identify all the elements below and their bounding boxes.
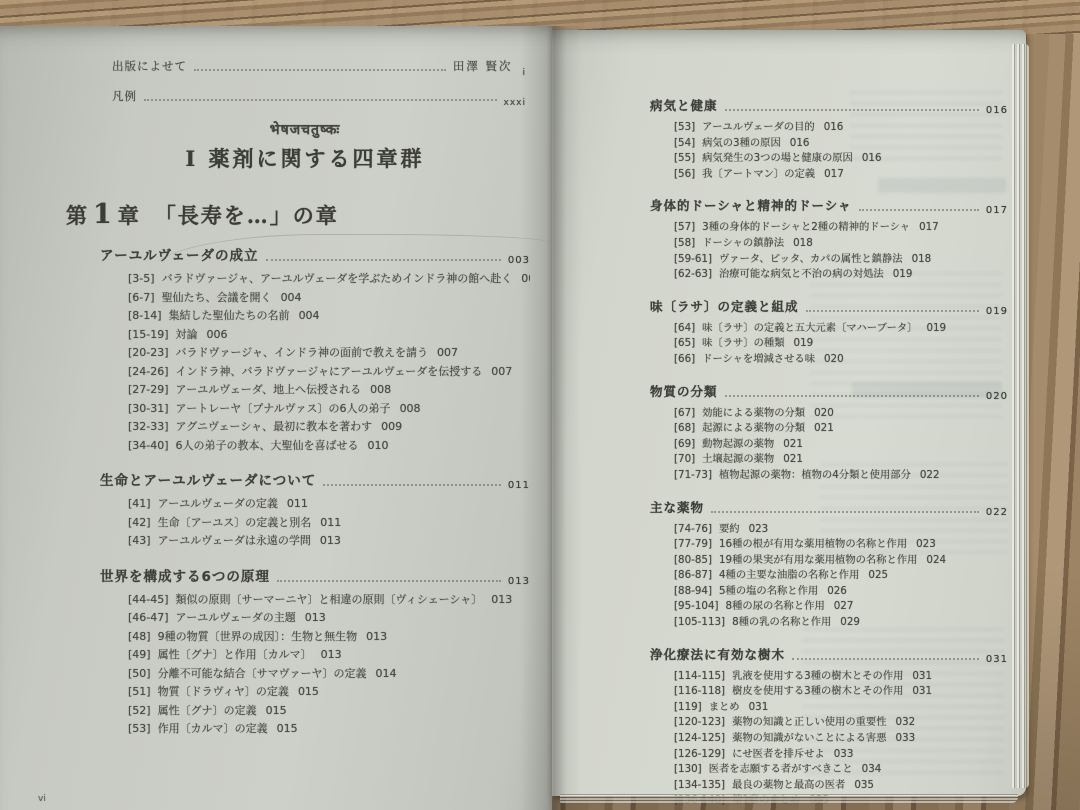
item-title: アーユルヴェーダの主題 — [176, 611, 296, 624]
item-page-number: 013 — [366, 630, 387, 643]
section-page-number: 019 — [986, 306, 1008, 317]
dotted-leader — [711, 510, 979, 513]
chapter-number: 1 — [89, 199, 118, 230]
section-items: [74-76]要約023[77-79]16種の根が有用な薬用植物の名称と作用02… — [674, 522, 1008, 631]
item-title: インドラ神、バラドヴァージャにアーユルヴェーダを伝授する — [176, 365, 483, 378]
toc-item: [56]我〔アートマン〕の定義017 — [674, 167, 1008, 183]
item-title: 作用〔カルマ〕の定義 — [158, 722, 268, 735]
verse-range: [42] — [128, 516, 151, 529]
item-title: 味〔ラサ〕の定義と五大元素〔マハーブータ〕 — [702, 322, 917, 334]
section-page-number: 013 — [508, 576, 530, 587]
verse-range: [134-135] — [674, 779, 725, 791]
section-heading: 病気と健康016 — [650, 96, 1008, 114]
toc-section: 物質の分類020[67]効能による薬物の分類020[68]起源による薬物の分類0… — [650, 382, 1008, 484]
toc-item: [27-29]アーユルヴェーダ、地上へ伝授される008 — [128, 381, 530, 400]
item-page-number: 031 — [912, 685, 932, 697]
dotted-leader — [725, 108, 979, 111]
toc-item: [116-118]樹皮を使用する3種の樹木とその作用031 — [674, 684, 1008, 700]
verse-range: [126-129] — [674, 748, 725, 760]
item-title: 3種の身体的ドーシャと2種の精神的ドーシャ — [702, 221, 910, 233]
item-page-number: 011 — [320, 516, 341, 529]
notes-page-number: xxxi — [504, 98, 526, 108]
section-items: [3-5]バラドヴァージャ、アーユルヴェーダを学ぶためインドラ神の館へ赴く003… — [128, 270, 530, 455]
item-page-number: 016 — [862, 152, 882, 164]
item-title: ヴァータ、ピッタ、カパの属性と鎮静法 — [719, 253, 903, 265]
item-title: 物質〔ドラヴィヤ〕の定義 — [158, 685, 289, 698]
toc-section: 世界を構成する6つの原理013[44-45]類似の原則〔サーマーニヤ〕と相違の原… — [100, 565, 530, 739]
right-toc-sections: 病気と健康016[53]アーユルヴェーダの目的016[54]病気の3種の原因01… — [650, 30, 1008, 809]
verse-range: [136-140] — [674, 794, 725, 806]
verse-range: [20-23] — [128, 346, 169, 359]
verse-range: [3-5] — [128, 272, 155, 285]
toc-item: [32-33]アグニヴェーシャ、最初に教本を著わす009 — [128, 418, 530, 437]
item-page-number: 034 — [862, 763, 882, 775]
section-page-number: 022 — [986, 507, 1008, 518]
toc-item: [24-26]インドラ神、バラドヴァージャにアーユルヴェーダを伝授する007 — [128, 363, 530, 382]
item-title: 医者を志願する者がすべきこと — [709, 763, 853, 775]
toc-item: [15-19]対論006 — [128, 326, 530, 345]
verse-range: [68] — [674, 422, 695, 434]
chapter-heading: 第1章「長寿を…」の章 — [66, 199, 552, 230]
item-page-number: 014 — [375, 667, 396, 680]
verse-range: [49] — [128, 648, 151, 661]
part-title: Ⅰ 薬剤に関する四章群 — [85, 143, 525, 173]
item-page-number: 015 — [298, 685, 319, 698]
dotted-leader — [792, 657, 979, 660]
item-page-number: 019 — [893, 268, 913, 280]
verse-range: [65] — [674, 337, 695, 349]
section-title: 生命とアーユルヴェーダについて — [100, 469, 316, 489]
chapter-title: 「長寿を…」の章 — [155, 203, 339, 228]
dotted-leader — [277, 579, 501, 582]
item-title: アーユルヴェーダは永遠の学問 — [158, 534, 311, 547]
toc-item: [66]ドーシャを増減させる味020 — [674, 352, 1008, 368]
toc-item: [44-45]類似の原則〔サーマーニヤ〕と相違の原則〔ヴィシェーシャ〕013 — [128, 591, 530, 610]
item-title: アーユルヴェーダ、地上へ伝授される — [176, 383, 362, 396]
item-page-number: 021 — [783, 438, 803, 450]
verse-range: [57] — [674, 221, 695, 233]
item-page-number: 010 — [368, 439, 389, 452]
toc-item: [105-113]8種の乳の名称と作用029 — [674, 615, 1008, 631]
toc-section: 浄化療法に有効な樹木031[114-115]乳液を使用する3種の樹木とその作用0… — [650, 645, 1008, 809]
item-title: 治療可能な病気と不治の病の対処法 — [719, 268, 884, 280]
toc-item: [42]生命〔アーユス〕の定義と別名011 — [128, 514, 530, 533]
item-title: 5種の塩の名称と作用 — [719, 585, 818, 597]
right-page: 病気と健康016[53]アーユルヴェーダの目的016[54]病気の3種の原因01… — [552, 30, 1026, 796]
verse-range: [77-79] — [674, 538, 712, 550]
verse-range: [95-104] — [674, 600, 719, 612]
toc-item: [57]3種の身体的ドーシャと2種の精神的ドーシャ017 — [674, 220, 1008, 236]
item-title: 19種の果実が有用な薬用植物の名称と作用 — [719, 554, 917, 566]
verse-range: [88-94] — [674, 585, 712, 597]
item-title: アーユルヴェーダの定義 — [158, 497, 278, 510]
item-page-number: 008 — [370, 383, 391, 396]
section-heading: 物質の分類020 — [650, 382, 1008, 400]
item-title: 6人の弟子の教本、大聖仙を喜ばせる — [176, 439, 359, 452]
section-page-number: 011 — [508, 480, 530, 491]
toc-item: [120-123]薬物の知識と正しい使用の重要性032 — [674, 715, 1008, 731]
verse-range: [67] — [674, 407, 695, 419]
section-heading: 主な薬物022 — [650, 498, 1008, 516]
item-title: 動物起源の薬物 — [702, 438, 774, 450]
verse-range: [130] — [674, 763, 702, 775]
item-page-number: 029 — [840, 616, 860, 628]
item-page-number: 025 — [868, 569, 888, 581]
toc-item: [124-125]薬物の知識がないことによる害悪033 — [674, 731, 1008, 747]
verse-range: [52] — [128, 704, 151, 717]
item-title: 病気の3種の原因 — [702, 137, 781, 149]
section-items: [67]効能による薬物の分類020[68]起源による薬物の分類021[69]動物… — [674, 406, 1008, 484]
toc-item: [119]まとめ031 — [674, 700, 1008, 716]
item-page-number: 035 — [809, 794, 829, 806]
item-title: バラドヴァージャ、インドラ神の面前で教えを請う — [176, 346, 428, 359]
verse-range: [71-73] — [674, 469, 712, 481]
item-title: 病気発生の3つの場と健康の原因 — [702, 152, 853, 164]
item-page-number: 031 — [749, 701, 769, 713]
toc-item: [126-129]にせ医者を排斥せよ033 — [674, 747, 1008, 763]
item-page-number: 015 — [277, 722, 298, 735]
verse-range: [44-45] — [128, 593, 169, 606]
verse-range: [58] — [674, 237, 695, 249]
verse-range: [69] — [674, 438, 695, 450]
item-page-number: 016 — [790, 137, 810, 149]
notes-label: 凡例 — [112, 88, 137, 104]
toc-item: [53]作用〔カルマ〕の定義015 — [128, 720, 530, 739]
left-page-corner-number: vi — [38, 794, 46, 804]
verse-range: [51] — [128, 685, 151, 698]
verse-range: [62-63] — [674, 268, 712, 280]
verse-range: [24-26] — [128, 365, 169, 378]
item-page-number: 009 — [381, 420, 402, 433]
item-title: 効能による薬物の分類 — [702, 407, 805, 419]
verse-range: [30-31] — [128, 402, 169, 415]
item-title: アートレーヤ〔プナルヴァス〕の6人の弟子 — [176, 402, 391, 415]
toc-item: [6-7]聖仙たち、会議を開く004 — [128, 289, 530, 308]
toc-item: [3-5]バラドヴァージャ、アーユルヴェーダを学ぶためインドラ神の館へ赴く003 — [128, 270, 530, 289]
item-title: にせ医者を排斥せよ — [732, 748, 825, 760]
item-page-number: 008 — [400, 402, 421, 415]
item-page-number: 021 — [814, 422, 834, 434]
toc-item: [69]動物起源の薬物021 — [674, 437, 1008, 453]
item-title: 16種の根が有用な薬用植物の名称と作用 — [719, 538, 907, 550]
item-title: 対論 — [176, 328, 198, 341]
item-title: 属性〔グナ〕と作用〔カルマ〕 — [158, 648, 312, 661]
item-title: 類似の原則〔サーマーニヤ〕と相違の原則〔ヴィシェーシャ〕 — [176, 593, 483, 606]
item-title: アグニヴェーシャ、最初に教本を著わす — [176, 420, 373, 433]
item-page-number: 017 — [919, 221, 939, 233]
toc-item: [86-87]4種の主要な油脂の名称と作用025 — [674, 568, 1008, 584]
item-page-number: 016 — [824, 121, 844, 133]
toc-item: [48]9種の物質〔世界の成因〕：生物と無生物013 — [128, 628, 530, 647]
chapter-suffix: 章 — [118, 203, 141, 228]
toc-item: [46-47]アーユルヴェーダの主題013 — [128, 609, 530, 628]
verse-range: [86-87] — [674, 569, 712, 581]
verse-range: [53] — [128, 722, 151, 735]
toc-item: [88-94]5種の塩の名称と作用026 — [674, 584, 1008, 600]
item-page-number: 020 — [814, 407, 834, 419]
section-page-number: 016 — [986, 105, 1008, 116]
front-matter-row-notes: 凡例 xxxi — [112, 88, 526, 104]
item-page-number: 013 — [320, 534, 341, 547]
section-title: 物質の分類 — [650, 382, 718, 400]
verse-range: [120-123] — [674, 716, 725, 728]
verse-range: [80-85] — [674, 554, 712, 566]
toc-item: [70]土壌起源の薬物021 — [674, 452, 1008, 468]
item-page-number: 035 — [854, 779, 874, 791]
section-title: 世界を構成する6つの原理 — [100, 565, 270, 585]
toc-item: [130]医者を志願する者がすべきこと034 — [674, 762, 1008, 778]
item-page-number: 026 — [827, 585, 847, 597]
toc-item: [136-140]第1章のまとめ035 — [674, 793, 1008, 809]
item-page-number: 017 — [824, 168, 844, 180]
item-page-number: 006 — [207, 328, 228, 341]
item-page-number: 023 — [916, 538, 936, 550]
verse-range: [105-113] — [674, 616, 725, 628]
verse-range: [56] — [674, 168, 695, 180]
item-page-number: 007 — [437, 346, 458, 359]
verse-range: [55] — [674, 152, 695, 164]
item-title: 集結した聖仙たちの名前 — [169, 309, 290, 322]
section-title: 病気と健康 — [650, 96, 718, 114]
verse-range: [64] — [674, 322, 695, 334]
toc-item: [68]起源による薬物の分類021 — [674, 421, 1008, 437]
section-items: [44-45]類似の原則〔サーマーニヤ〕と相違の原則〔ヴィシェーシャ〕013[4… — [128, 591, 530, 739]
item-title: 第1章のまとめ — [732, 794, 800, 806]
dotted-leader — [859, 208, 979, 211]
item-title: 4種の主要な油脂の名称と作用 — [719, 569, 859, 581]
dotted-leader — [806, 309, 979, 312]
verse-range: [34-40] — [128, 439, 169, 452]
section-heading: 身体的ドーシャと精神的ドーシャ017 — [650, 196, 1008, 214]
toc-section: 病気と健康016[53]アーユルヴェーダの目的016[54]病気の3種の原因01… — [650, 96, 1008, 182]
toc-item: [62-63]治療可能な病気と不治の病の対処法019 — [674, 267, 1008, 283]
verse-range: [8-14] — [128, 309, 162, 322]
section-page-number: 003 — [508, 255, 530, 266]
item-title: ドーシャを増減させる味 — [702, 353, 815, 365]
verse-range: [124-125] — [674, 732, 725, 744]
toc-item: [53]アーユルヴェーダの目的016 — [674, 120, 1008, 136]
toc-section: アーユルヴェーダの成立003[3-5]バラドヴァージャ、アーユルヴェーダを学ぶた… — [100, 244, 530, 455]
toc-item: [49]属性〔グナ〕と作用〔カルマ〕013 — [128, 646, 530, 665]
verse-range: [43] — [128, 534, 151, 547]
toc-item: [74-76]要約023 — [674, 522, 1008, 538]
item-page-number: 027 — [834, 600, 854, 612]
item-page-number: 013 — [305, 611, 326, 624]
item-title: 生命〔アーユス〕の定義と別名 — [158, 516, 312, 529]
item-page-number: 007 — [491, 365, 512, 378]
item-page-number: 022 — [920, 469, 940, 481]
section-heading: 生命とアーユルヴェーダについて011 — [100, 469, 530, 489]
section-items: [57]3種の身体的ドーシャと2種の精神的ドーシャ017[58]ドーシャの鎮静法… — [674, 220, 1008, 282]
toc-item: [59-61]ヴァータ、ピッタ、カパの属性と鎮静法018 — [674, 252, 1008, 268]
item-title: 植物起源の薬物：植物の4分類と使用部分 — [719, 469, 911, 481]
verse-range: [74-76] — [674, 523, 712, 535]
toc-item: [65]味〔ラサ〕の種類019 — [674, 336, 1008, 352]
toc-section: 生命とアーユルヴェーダについて011[41]アーユルヴェーダの定義011[42]… — [100, 469, 530, 551]
section-heading: 浄化療法に有効な樹木031 — [650, 645, 1008, 663]
verse-range: [114-115] — [674, 670, 725, 682]
item-page-number: 003 — [521, 272, 530, 285]
verse-range: [27-29] — [128, 383, 169, 396]
verse-range: [66] — [674, 353, 695, 365]
item-title: 起源による薬物の分類 — [702, 422, 805, 434]
verse-range: [116-118] — [674, 685, 725, 697]
toc-item: [71-73]植物起源の薬物：植物の4分類と使用部分022 — [674, 468, 1008, 484]
toc-item: [80-85]19種の果実が有用な薬用植物の名称と作用024 — [674, 553, 1008, 569]
section-page-number: 017 — [986, 205, 1008, 216]
item-title: 聖仙たち、会議を開く — [162, 291, 272, 304]
toc-item: [43]アーユルヴェーダは永遠の学問013 — [128, 532, 530, 551]
section-title: 浄化療法に有効な樹木 — [650, 645, 785, 663]
toc-section: 主な薬物022[74-76]要約023[77-79]16種の根が有用な薬用植物の… — [650, 498, 1008, 631]
dotted-leader — [725, 394, 979, 397]
item-page-number: 021 — [783, 453, 803, 465]
toc-item: [114-115]乳液を使用する3種の樹木とその作用031 — [674, 669, 1008, 685]
dotted-leader — [266, 258, 501, 261]
item-title: 樹皮を使用する3種の樹木とその作用 — [732, 685, 903, 697]
toc-item: [58]ドーシャの鎮静法018 — [674, 236, 1008, 252]
toc-item: [30-31]アートレーヤ〔プナルヴァス〕の6人の弟子008 — [128, 400, 530, 419]
item-page-number: 032 — [896, 716, 916, 728]
toc-item: [95-104]8種の尿の名称と作用027 — [674, 599, 1008, 615]
verse-range: [50] — [128, 667, 151, 680]
item-title: 土壌起源の薬物 — [702, 453, 774, 465]
item-page-number: 018 — [793, 237, 813, 249]
verse-range: [41] — [128, 497, 151, 510]
foreword-page-number: i — [522, 68, 526, 78]
toc-item: [67]効能による薬物の分類020 — [674, 406, 1008, 422]
item-page-number: 019 — [926, 322, 946, 334]
item-page-number: 013 — [491, 593, 512, 606]
section-heading: 味〔ラサ〕の定義と組成019 — [650, 297, 1008, 315]
verse-range: [59-61] — [674, 253, 712, 265]
item-page-number: 020 — [824, 353, 844, 365]
section-title: アーユルヴェーダの成立 — [100, 244, 259, 264]
toc-item: [41]アーユルヴェーダの定義011 — [128, 495, 530, 514]
section-items: [41]アーユルヴェーダの定義011[42]生命〔アーユス〕の定義と別名011[… — [128, 495, 530, 551]
item-page-number: 013 — [321, 648, 342, 661]
chapter-prefix: 第 — [66, 203, 89, 228]
item-page-number: 004 — [281, 291, 302, 304]
toc-section: 味〔ラサ〕の定義と組成019[64]味〔ラサ〕の定義と五大元素〔マハーブータ〕0… — [650, 297, 1008, 368]
toc-item: [34-40]6人の弟子の教本、大聖仙を喜ばせる010 — [128, 437, 530, 456]
item-title: 最良の薬物と最高の医者 — [732, 779, 845, 791]
item-title: 乳液を使用する3種の樹木とその作用 — [732, 670, 903, 682]
section-title: 身体的ドーシャと精神的ドーシャ — [650, 196, 852, 214]
foreword-author: 田澤 賢次 — [453, 58, 513, 74]
toc-item: [54]病気の3種の原因016 — [674, 136, 1008, 152]
verse-range: [32-33] — [128, 420, 169, 433]
left-toc-sections: アーユルヴェーダの成立003[3-5]バラドヴァージャ、アーユルヴェーダを学ぶた… — [100, 244, 530, 739]
section-heading: アーユルヴェーダの成立003 — [100, 244, 530, 264]
section-items: [114-115]乳液を使用する3種の樹木とその作用031[116-118]樹皮… — [674, 669, 1008, 809]
item-page-number: 011 — [287, 497, 308, 510]
item-title: 我〔アートマン〕の定義 — [702, 168, 815, 180]
item-title: 薬物の知識と正しい使用の重要性 — [732, 716, 886, 728]
dotted-leader — [323, 483, 501, 486]
toc-item: [77-79]16種の根が有用な薬用植物の名称と作用023 — [674, 537, 1008, 553]
item-title: ドーシャの鎮静法 — [702, 237, 784, 249]
item-title: 9種の物質〔世界の成因〕：生物と無生物 — [158, 630, 358, 643]
foreword-label: 出版によせて — [112, 58, 187, 74]
dotted-leader — [194, 68, 446, 71]
toc-item: [52]属性〔グナ〕の定義015 — [128, 702, 530, 721]
toc-item: [134-135]最良の薬物と最高の医者035 — [674, 778, 1008, 794]
toc-item: [20-23]バラドヴァージャ、インドラ神の面前で教えを請う007 — [128, 344, 530, 363]
section-title: 味〔ラサ〕の定義と組成 — [650, 297, 799, 315]
toc-item: [50]分離不可能な結合〔サマヴァーヤ〕の定義014 — [128, 665, 530, 684]
item-title: 要約 — [719, 523, 740, 535]
front-matter-row-foreword: 出版によせて 田澤 賢次 i — [112, 58, 526, 74]
verse-range: [46-47] — [128, 611, 169, 624]
verse-range: [54] — [674, 137, 695, 149]
item-title: 味〔ラサ〕の種類 — [702, 337, 784, 349]
item-title: まとめ — [709, 701, 740, 713]
section-page-number: 031 — [986, 654, 1008, 665]
item-page-number: 024 — [926, 554, 946, 566]
toc-section: 身体的ドーシャと精神的ドーシャ017[57]3種の身体的ドーシャと2種の精神的ド… — [650, 196, 1008, 282]
item-title: 分離不可能な結合〔サマヴァーヤ〕の定義 — [158, 667, 367, 680]
verse-range: [48] — [128, 630, 151, 643]
verse-range: [53] — [674, 121, 695, 133]
verse-range: [15-19] — [128, 328, 169, 341]
verse-range: [6-7] — [128, 291, 155, 304]
verse-range: [70] — [674, 453, 695, 465]
left-page: 出版によせて 田澤 賢次 i 凡例 xxxi भेषजचतुष्कः Ⅰ 薬剤に… — [0, 26, 552, 810]
item-page-number: 019 — [794, 337, 814, 349]
item-page-number: 018 — [912, 253, 932, 265]
part-title-sanskrit: भेषजचतुष्कः — [85, 120, 525, 139]
toc-item: [51]物質〔ドラヴィヤ〕の定義015 — [128, 683, 530, 702]
item-page-number: 031 — [912, 670, 932, 682]
item-title: アーユルヴェーダの目的 — [702, 121, 815, 133]
item-page-number: 033 — [896, 732, 916, 744]
section-page-number: 020 — [986, 391, 1008, 402]
section-items: [53]アーユルヴェーダの目的016[54]病気の3種の原因016[55]病気発… — [674, 120, 1008, 182]
dotted-leader — [144, 98, 497, 101]
section-heading: 世界を構成する6つの原理013 — [100, 565, 530, 585]
item-title: 薬物の知識がないことによる害悪 — [732, 732, 886, 744]
item-title: バラドヴァージャ、アーユルヴェーダを学ぶためインドラ神の館へ赴く — [162, 272, 513, 285]
item-page-number: 033 — [834, 748, 854, 760]
item-page-number: 004 — [299, 309, 320, 322]
item-title: 属性〔グナ〕の定義 — [158, 704, 257, 717]
section-title: 主な薬物 — [650, 498, 704, 516]
item-title: 8種の乳の名称と作用 — [732, 616, 831, 628]
toc-item: [8-14]集結した聖仙たちの名前004 — [128, 307, 530, 326]
item-page-number: 023 — [749, 523, 769, 535]
verse-range: [119] — [674, 701, 702, 713]
toc-item: [55]病気発生の3つの場と健康の原因016 — [674, 151, 1008, 167]
item-page-number: 015 — [266, 704, 287, 717]
section-items: [64]味〔ラサ〕の定義と五大元素〔マハーブータ〕019[65]味〔ラサ〕の種類… — [674, 321, 1008, 368]
toc-item: [64]味〔ラサ〕の定義と五大元素〔マハーブータ〕019 — [674, 321, 1008, 337]
item-title: 8種の尿の名称と作用 — [726, 600, 825, 612]
